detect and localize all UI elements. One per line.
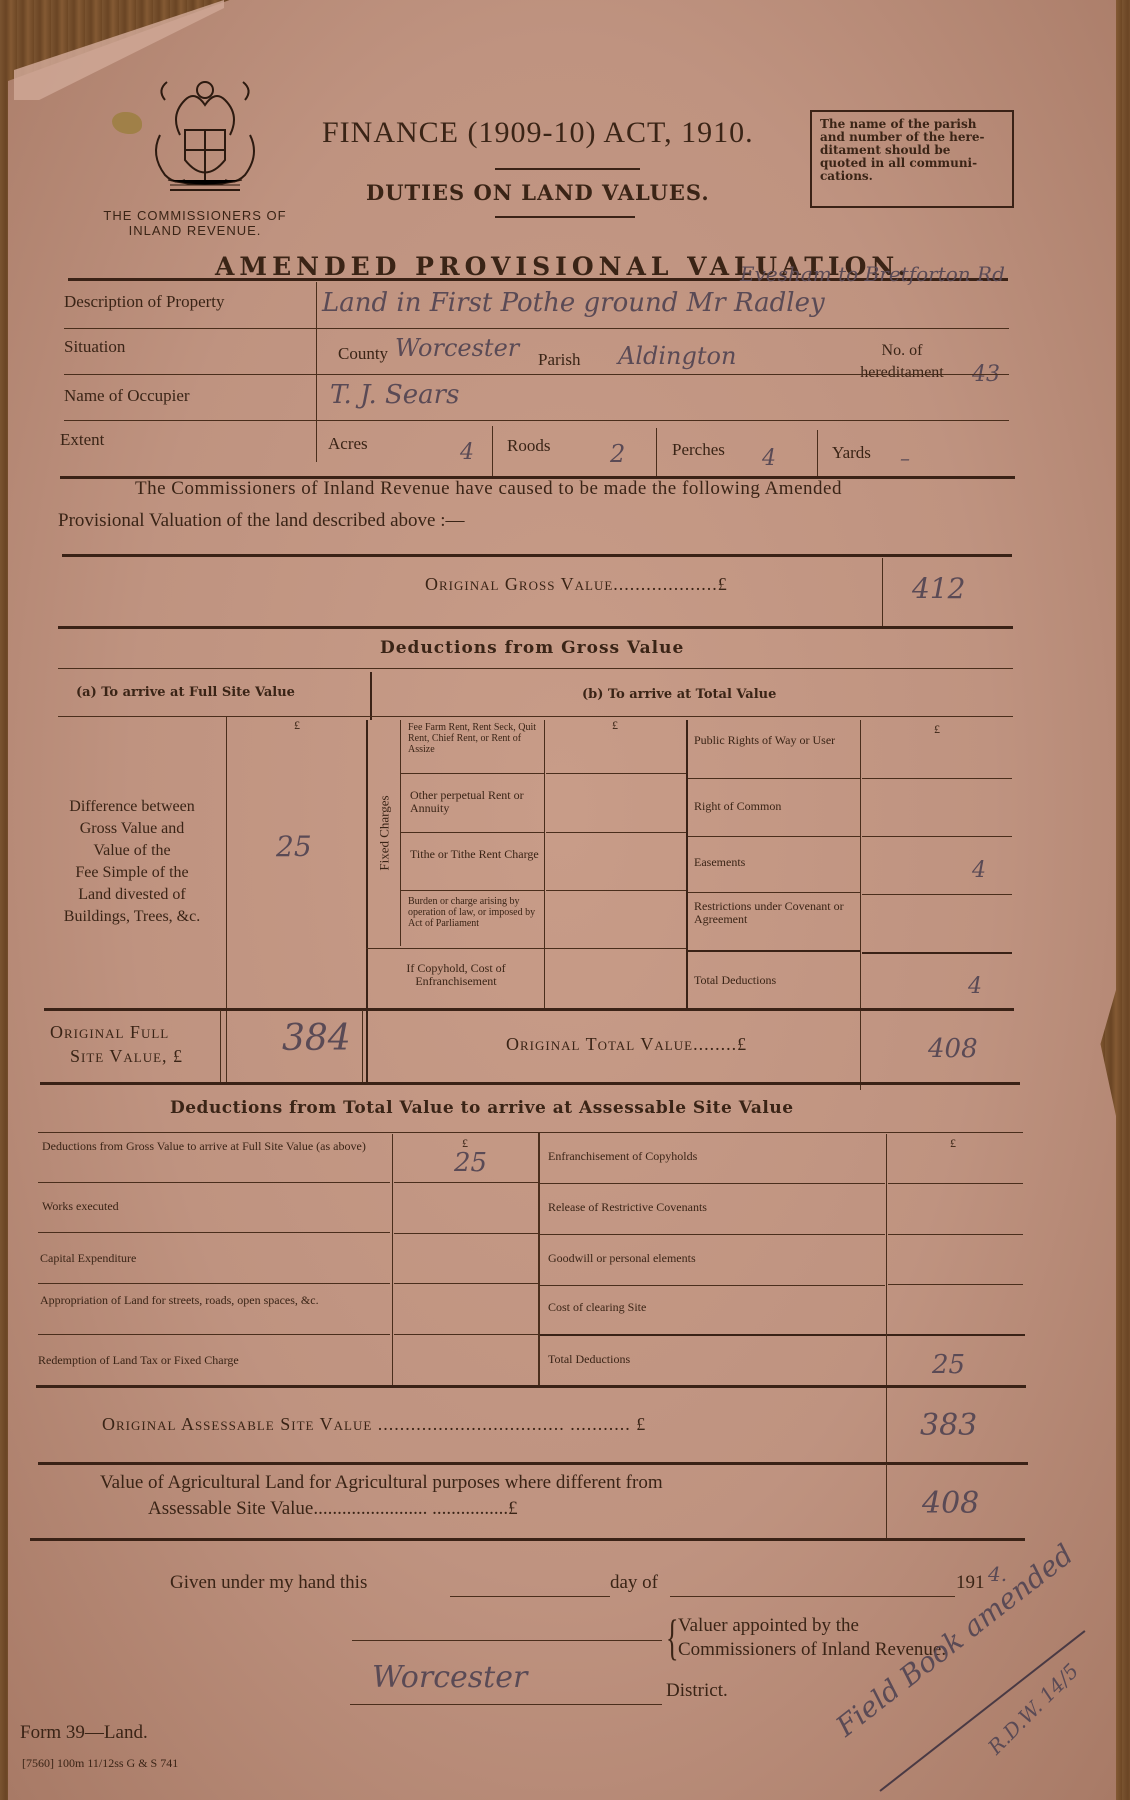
divider: [540, 1334, 1025, 1336]
divider: [366, 720, 368, 1083]
divider: [64, 374, 1009, 375]
total-value-label: Original Total Value........£: [506, 1034, 747, 1055]
currency-symbol: £: [934, 722, 940, 737]
fixed-charge-row-label: Burden or charge arising by operation of…: [408, 896, 540, 929]
rights-row-label: Easements: [694, 856, 745, 869]
divider: [862, 894, 1012, 895]
divider: [350, 1704, 662, 1705]
perches-value: 4: [762, 446, 776, 471]
divider: [886, 1464, 887, 1538]
divider: [64, 420, 1009, 421]
deduction-right-row: Cost of clearing Site: [548, 1301, 646, 1314]
gross-value-amount: 412: [912, 572, 965, 605]
extent-label: Extent: [60, 430, 104, 450]
rights-total-value: 4: [968, 974, 982, 999]
divider: [862, 778, 1012, 779]
parish-label: Parish: [538, 350, 581, 370]
deduction-total-value: 25: [932, 1350, 965, 1380]
situation-label: Situation: [64, 337, 125, 357]
divider: [400, 832, 545, 833]
agricultural-value: 408: [922, 1486, 979, 1521]
divider: [546, 773, 686, 774]
deduction-right-total-label: Total Deductions: [548, 1353, 630, 1366]
divider: [686, 720, 688, 1010]
divider: [44, 1008, 1014, 1011]
divider: [538, 1132, 540, 1386]
rights-row-label: Restrictions under Covenant or Agreement: [694, 900, 844, 926]
divider: [540, 1234, 885, 1235]
divider: [817, 430, 818, 476]
deduction-left-row: Deductions from Gross Value to arrive at…: [42, 1140, 392, 1153]
divider: [888, 1183, 1023, 1184]
brace: {: [666, 1614, 678, 1663]
divider: [888, 1284, 1023, 1285]
divider: [38, 1462, 1028, 1465]
divider: [394, 1182, 538, 1183]
divider: [688, 892, 860, 893]
divider: [316, 282, 317, 462]
divider: [400, 890, 545, 891]
divider: [544, 720, 545, 1010]
divider: [30, 1538, 1025, 1541]
full-site-label: Original Full Site Value, £: [50, 1020, 183, 1068]
divider: [882, 558, 883, 628]
divider: [688, 778, 860, 779]
divider: [40, 1082, 1020, 1085]
form-number: Form 39—Land.: [20, 1722, 148, 1744]
notice-box: The name of the parish and number of the…: [810, 110, 1014, 208]
given-under-hand-text: Given under my hand this: [170, 1572, 367, 1594]
district-label: District.: [666, 1680, 728, 1702]
divider: [546, 832, 686, 833]
divider: [400, 720, 401, 946]
hereditament-label: No. of hereditament: [842, 340, 962, 384]
divider: [540, 1285, 885, 1286]
occupier-label: Name of Occupier: [64, 386, 190, 406]
agricultural-label: Value of Agricultural Land for Agricultu…: [100, 1470, 663, 1522]
fixed-charge-row-label: Tithe or Tithe Rent Charge: [410, 848, 542, 861]
fixed-charge-row-label: Other perpetual Rent or Annuity: [410, 789, 542, 815]
roods-value: 2: [610, 440, 625, 468]
gross-value-label: Original Gross Value...................£: [425, 574, 728, 595]
divider: [546, 948, 686, 949]
parish-value: Aldington: [618, 342, 736, 370]
divider: [38, 1334, 390, 1335]
divider: [862, 952, 1012, 954]
deductions-gross-title: Deductions from Gross Value: [380, 638, 684, 658]
divider: [38, 1132, 1023, 1133]
deduction-right-row: Release of Restrictive Covenants: [548, 1201, 707, 1214]
deduction-right-row: Enfranchisement of Copyholds: [548, 1150, 697, 1163]
intro-text-line2: Provisional Valuation of the land descri…: [58, 510, 464, 532]
year-prefix: 191: [956, 1572, 985, 1594]
divider: [540, 1183, 885, 1184]
roods-label: Roods: [507, 436, 550, 456]
copyhold-label: If Copyhold, Cost of Enfranchisement: [370, 962, 542, 988]
royal-coat-of-arms-icon: [140, 75, 270, 205]
occupier-value: T. J. Sears: [330, 380, 459, 410]
divider: [38, 1232, 390, 1233]
divider: [58, 626, 1013, 629]
divider: [495, 216, 635, 218]
divider: [362, 1010, 363, 1082]
currency-symbol: £: [294, 718, 300, 733]
rights-row-label: Right of Common: [694, 800, 781, 813]
divider: [62, 554, 1012, 557]
acres-value: 4: [460, 440, 474, 465]
yards-value: –: [900, 446, 910, 470]
divider: [58, 716, 1013, 717]
rights-total-label: Total Deductions: [694, 974, 776, 987]
assessable-label: Original Assessable Site Value .........…: [102, 1414, 646, 1435]
deduction-right-row: Goodwill or personal elements: [548, 1252, 696, 1265]
valuer-signature-field[interactable]: [352, 1640, 662, 1641]
issuer: THE COMMISSIONERS OF INLAND REVENUE.: [80, 208, 310, 238]
valuer-label: Valuer appointed by the Commissioners of…: [678, 1614, 946, 1662]
full-site-value: 384: [282, 1018, 351, 1059]
deductions-total-title: Deductions from Total Value to arrive at…: [170, 1098, 794, 1118]
currency-symbol: £: [612, 718, 618, 733]
assessable-value: 383: [920, 1408, 977, 1443]
act-title: FINANCE (1909-10) ACT, 1910.: [322, 116, 754, 150]
divider: [370, 672, 372, 720]
district-value: Worcester: [372, 1660, 527, 1695]
description-label: Description of Property: [64, 292, 225, 312]
divider: [495, 168, 640, 170]
description-value: Land in First Pothe ground Mr Radley: [322, 288, 825, 318]
divider: [394, 1233, 538, 1234]
fixed-charge-row-label: Fee Farm Rent, Rent Seck, Quit Rent, Chi…: [408, 722, 540, 755]
yards-label: Yards: [832, 443, 871, 463]
divider: [38, 1283, 390, 1284]
county-label: County: [338, 344, 388, 364]
divider: [392, 1134, 393, 1386]
divider: [36, 1385, 1026, 1388]
deduction-left-row: Capital Expenditure: [40, 1252, 136, 1265]
divider: [860, 720, 861, 1090]
deduction-left-value: 25: [454, 1148, 487, 1178]
section-a-label: Difference between Gross Value and Value…: [42, 796, 222, 928]
divider: [226, 716, 227, 1083]
divider: [366, 948, 546, 949]
total-value-amount: 408: [928, 1034, 978, 1064]
acres-label: Acres: [328, 434, 368, 454]
divider: [38, 1182, 390, 1183]
divider: [394, 1334, 538, 1335]
easements-value: 4: [972, 858, 986, 883]
description-value-above: Evesham to Bretforton Rd: [740, 262, 1005, 286]
print-code: [7560] 100m 11/12ss G & S 741: [22, 1756, 178, 1771]
section-a-value: 25: [276, 830, 312, 863]
divider: [688, 836, 860, 837]
section-b-heading: (b) To arrive at Total Value: [582, 686, 776, 702]
divider: [64, 328, 1009, 329]
divider: [400, 773, 545, 774]
day-field[interactable]: [450, 1596, 610, 1597]
divider: [888, 1234, 1023, 1235]
subtitle: DUTIES ON LAND VALUES.: [366, 180, 710, 205]
divider: [886, 1134, 887, 1468]
rights-row-label: Public Rights of Way or User: [694, 734, 844, 747]
perches-label: Perches: [672, 440, 725, 460]
day-of-text: day of: [610, 1572, 658, 1594]
divider: [546, 890, 686, 891]
deduction-left-row: Appropriation of Land for streets, roads…: [40, 1294, 390, 1307]
divider: [492, 426, 493, 476]
currency-symbol: £: [950, 1136, 956, 1151]
deduction-left-row: Redemption of Land Tax or Fixed Charge: [38, 1354, 239, 1367]
divider: [58, 668, 1013, 669]
divider: [394, 1283, 538, 1284]
county-value: Worcester: [395, 334, 519, 362]
fixed-charges-label: Fixed Charges: [377, 795, 393, 870]
section-a-heading: (a) To arrive at Full Site Value: [76, 684, 295, 700]
divider: [656, 428, 657, 476]
deduction-left-row: Works executed: [42, 1200, 119, 1213]
divider: [220, 1010, 221, 1082]
divider: [862, 836, 1012, 837]
month-field[interactable]: [670, 1596, 955, 1597]
intro-text-line1: The Commissioners of Inland Revenue have…: [135, 478, 842, 500]
divider: [688, 950, 860, 952]
